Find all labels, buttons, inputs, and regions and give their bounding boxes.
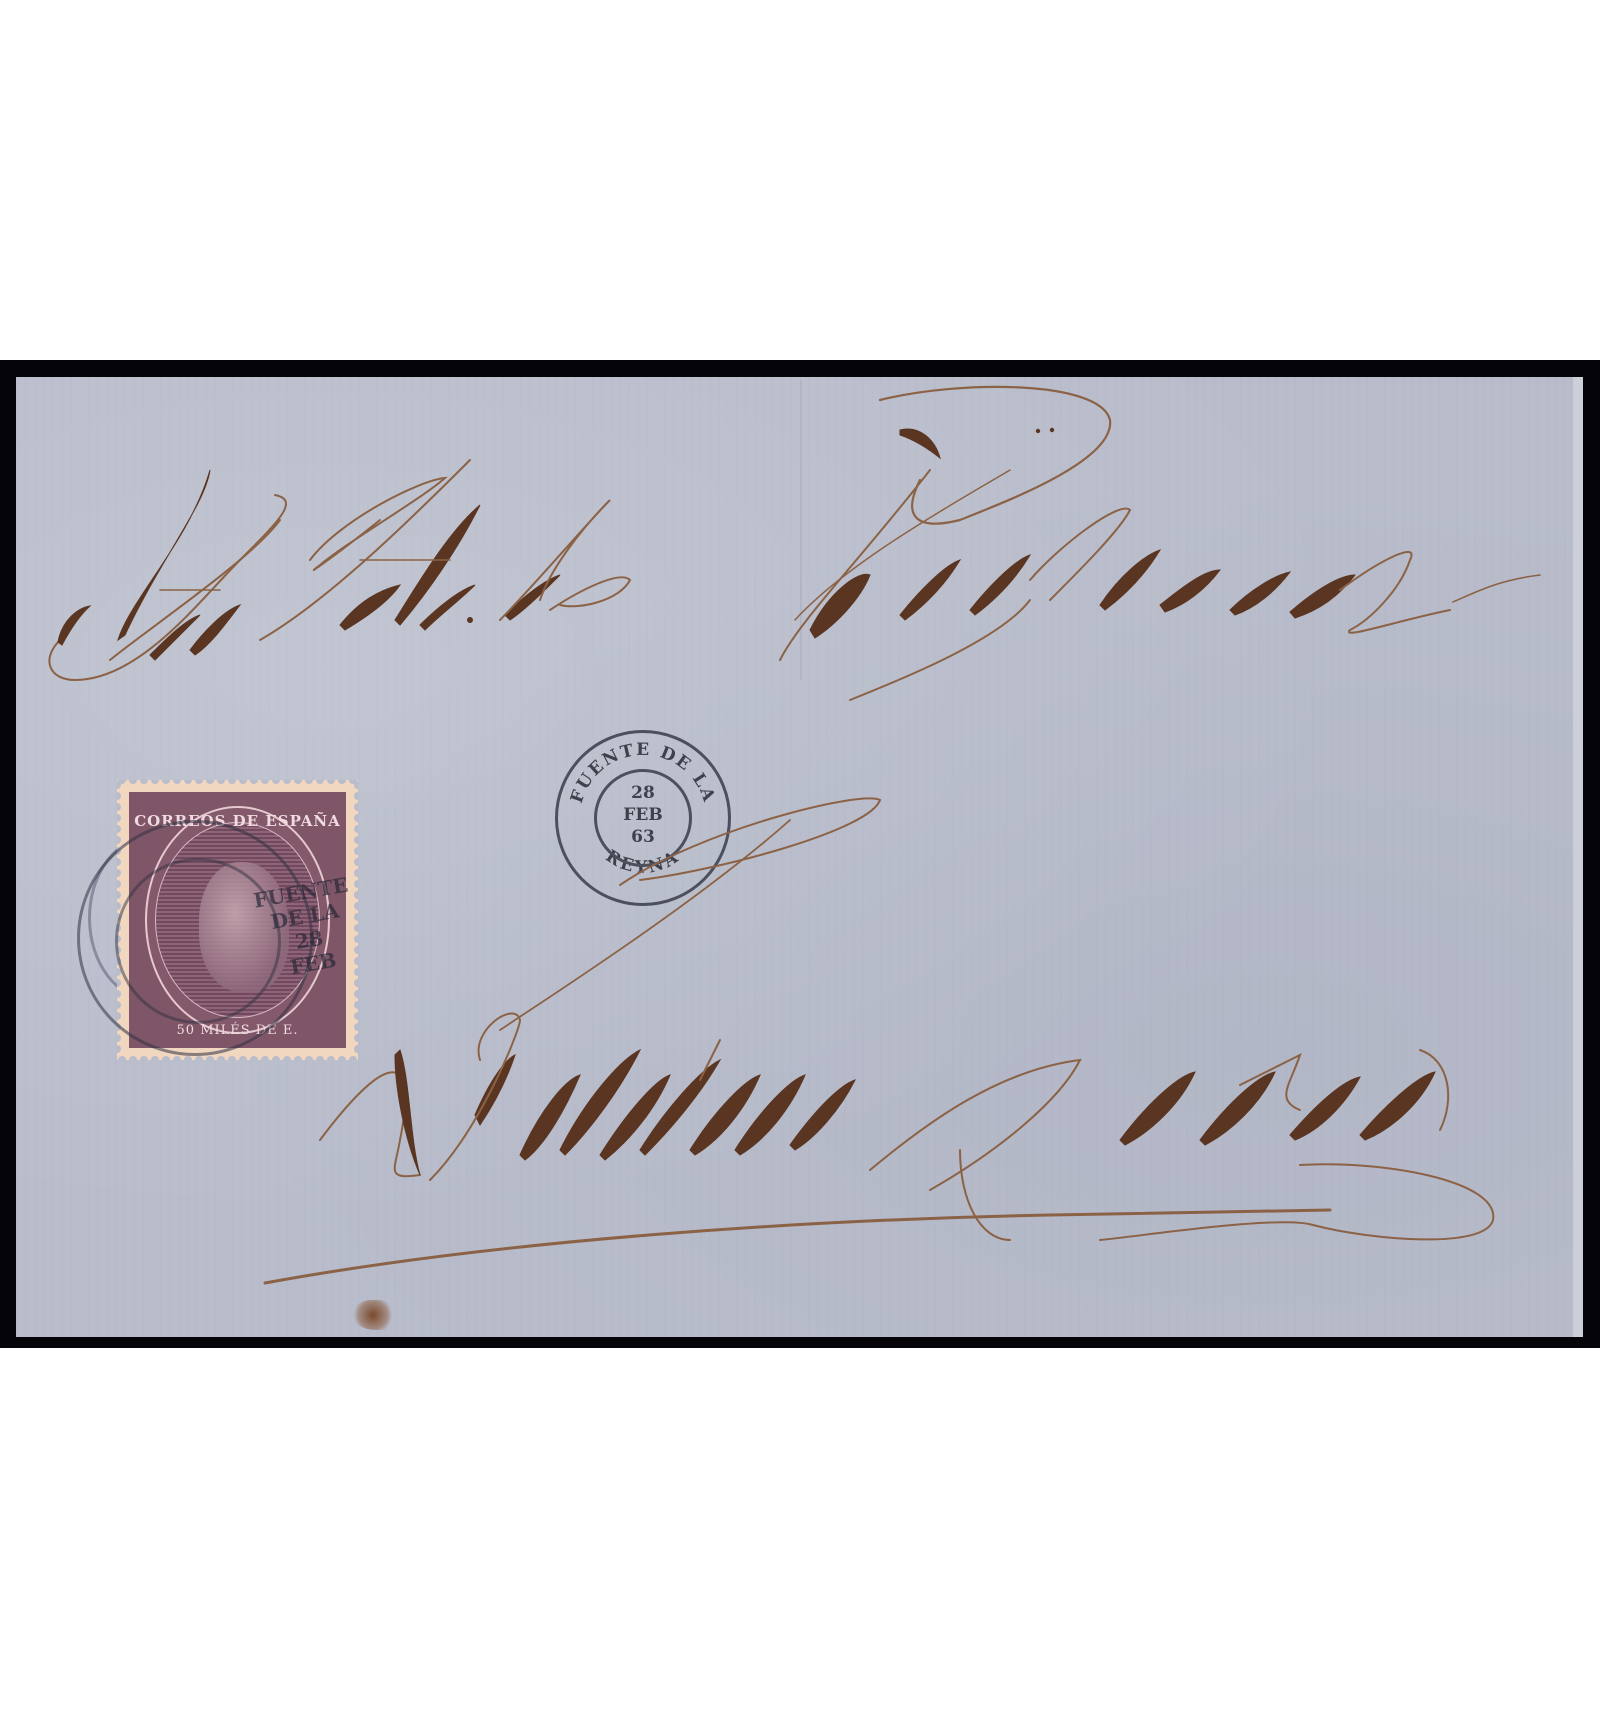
postmark-day: 28 xyxy=(558,783,728,803)
postmark-year: 63 xyxy=(558,827,728,847)
stamp-cancellation-text: FUENTE DE LA 28 FEB xyxy=(240,870,375,985)
address-line-2: Zaragoza xyxy=(0,0,5,1)
ink-stain xyxy=(352,1300,394,1330)
paper-fold xyxy=(800,380,802,680)
circular-datestamp: FUENTE DE LA REYNA 28 FEB 63 xyxy=(555,730,731,906)
envelope-right-edge xyxy=(1573,377,1583,1337)
postmark-month: FEB xyxy=(558,805,728,825)
postage-stamp: CORREOS DE ESPAÑA 50 MILÉS DE E. FUENTE … xyxy=(117,780,358,1060)
